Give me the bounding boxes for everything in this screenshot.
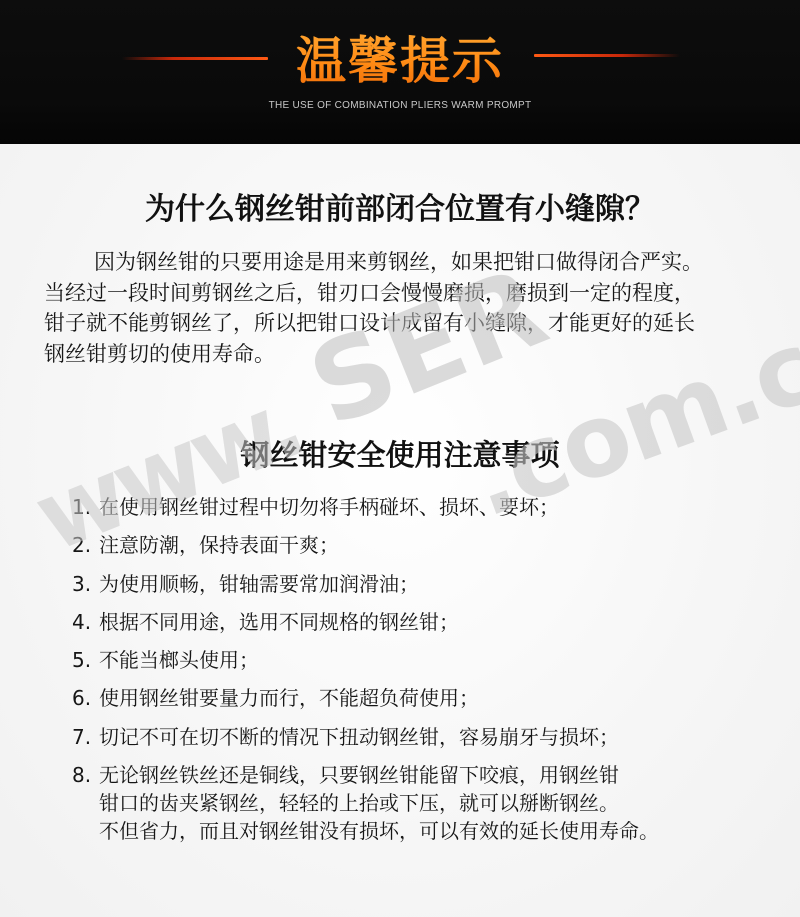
list-item: 2.注意防潮，保持表面干爽；: [72, 531, 772, 569]
banner-subtitle: THE USE OF COMBINATION PLIERS WARM PROMP…: [0, 100, 800, 111]
list-item-continuation: 不但省力，而且对钢丝钳没有损坏，可以有效的延长使用寿命。: [72, 817, 772, 845]
list-item-continuation: 钳口的齿夹紧钢丝，轻轻的上抬或下压，就可以掰断钢丝。: [72, 789, 772, 817]
list-item: 8.无论钢丝铁丝还是铜线，只要钢丝钳能留下咬痕，用钢丝钳 钳口的齿夹紧钢丝，轻轻…: [72, 761, 772, 845]
list-item-number: 4.: [72, 608, 99, 636]
paragraph-line: 钳子就不能剪钢丝了，所以把钳口设计成留有小缝隙，才能更好的延长: [44, 308, 764, 339]
list-item: 3.为使用顺畅，钳轴需要常加润滑油；: [72, 570, 772, 608]
header-banner: 温馨提示 THE USE OF COMBINATION PLIERS WARM …: [0, 0, 800, 144]
list-item-number: 3.: [72, 570, 99, 598]
list-item-text: 切记不可在切不断的情况下扭动钢丝钳，容易崩牙与损坏；: [99, 725, 619, 749]
list-item-number: 7.: [72, 723, 99, 751]
paragraph-line: 钢丝钳剪切的使用寿命。: [44, 339, 764, 370]
list-item-text: 为使用顺畅，钳轴需要常加润滑油；: [99, 572, 419, 596]
list-item: 6.使用钢丝钳要量力而行，不能超负荷使用；: [72, 684, 772, 722]
safety-notes-list: 1.在使用钢丝钳过程中切勿将手柄碰坏、损坏、要坏； 2.注意防潮，保持表面干爽；…: [72, 493, 772, 845]
list-item-text: 无论钢丝铁丝还是铜线，只要钢丝钳能留下咬痕，用钢丝钳: [99, 763, 619, 787]
list-item-number: 2.: [72, 531, 99, 559]
list-item: 4.根据不同用途，选用不同规格的钢丝钳；: [72, 608, 772, 646]
list-item: 1.在使用钢丝钳过程中切勿将手柄碰坏、损坏、要坏；: [72, 493, 772, 531]
list-item-text: 注意防潮，保持表面干爽；: [99, 533, 339, 557]
list-item: 7.切记不可在切不断的情况下扭动钢丝钳，容易崩牙与损坏；: [72, 723, 772, 761]
list-item-number: 8.: [72, 761, 99, 789]
list-item: 5.不能当榔头使用；: [72, 646, 772, 684]
paragraph-line: 当经过一段时间剪钢丝之后，钳刃口会慢慢磨损，磨损到一定的程度，: [44, 278, 764, 309]
paragraph-line: 因为钢丝钳的只要用途是用来剪钢丝，如果把钳口做得闭合严实。: [44, 247, 764, 278]
section-heading-safety-notes: 钢丝钳安全使用注意事项: [0, 435, 800, 475]
list-item-text: 使用钢丝钳要量力而行，不能超负荷使用；: [99, 686, 479, 710]
list-item-number: 1.: [72, 493, 99, 521]
section-heading-gap-question: 为什么钢丝钳前部闭合位置有小缝隙？: [0, 190, 800, 230]
list-item-number: 6.: [72, 684, 99, 712]
list-item-text: 在使用钢丝钳过程中切勿将手柄碰坏、损坏、要坏；: [99, 495, 559, 519]
list-item-number: 5.: [72, 646, 99, 674]
explanation-paragraph: 因为钢丝钳的只要用途是用来剪钢丝，如果把钳口做得闭合严实。 当经过一段时间剪钢丝…: [44, 247, 764, 369]
banner-title: 温馨提示: [0, 30, 800, 92]
list-item-text: 根据不同用途，选用不同规格的钢丝钳；: [99, 610, 459, 634]
list-item-text: 不能当榔头使用；: [99, 648, 259, 672]
